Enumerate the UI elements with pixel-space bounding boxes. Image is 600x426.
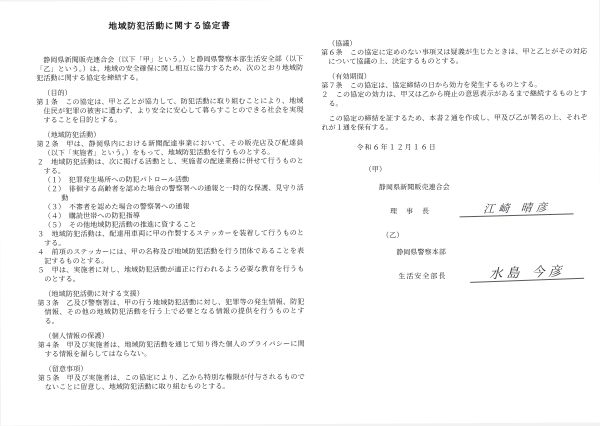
preamble: 静岡県新聞販売連合会（以下「甲」という。）と静岡県警察本部生活安全部（以下「乙」… <box>36 55 303 83</box>
right-column: （協議） 第６条 この協定に定めのない事項又は疑義が生じたときは、甲と乙とがその… <box>321 38 588 281</box>
article-2-paragraph-4: ４ 前項のステッカーには、甲の名称及び地域防犯活動を行う団体であることを表記する… <box>37 247 304 266</box>
article-2-paragraph-5: ５ 甲は、実施者に対し、地域防犯活動が適正に行われるよう必要な教育を行うものとす… <box>37 265 304 284</box>
party-a-signature-row: 理 事 長 江崎 晴彦 <box>322 203 588 216</box>
party-a-signature-handwriting: 江崎 晴彦 <box>460 202 575 217</box>
article-2-paragraph-2: ２ 地域防犯活動は、次に掲げる活動とし、実施者の配達業務に併せて行うものとする。 <box>37 157 304 176</box>
party-a-role: 理 事 長 <box>322 207 430 217</box>
left-column: 地域防犯活動に関する協定書 静岡県新聞販売連合会（以下「甲」という。）と静岡県警… <box>36 22 305 392</box>
closing-statement: この協定の締結を証するため、本書２通を作成し、甲及び乙が署名の上、それぞれが１通… <box>321 113 587 132</box>
agreement-date: 令和６年１２月１６日 <box>322 142 588 152</box>
party-b-label: （乙） <box>322 230 588 240</box>
article-3: 第３条 乙及び警察署は、甲の行う地域防犯活動に対し、犯罪等の発生情報、防犯情報、… <box>37 298 304 326</box>
article-2-paragraph-3: ３ 地域防犯活動は、配達用車両に甲の作製するステッカーを装着して行うものとする。 <box>37 229 304 248</box>
article-5: 第５条 甲及び実施者は、この協定により、乙から特別な権限が付与されるものでないこ… <box>38 373 305 392</box>
party-b-organization: 静岡県警察本部 <box>322 247 588 257</box>
article-4: 第４条 甲及び実施者は、地域防犯活動を通じて知り得た個人のプライバシーに関する情… <box>38 340 305 359</box>
party-b-signature-row: 生活安全部長 水島 今彦 <box>322 268 588 281</box>
party-b-signature-handwriting: 水島 今彦 <box>470 267 584 283</box>
article-1: 第１条 この協定は、甲と乙とが協力して、防犯活動に取り組むことにより、地域住民が… <box>36 97 303 125</box>
party-a-label: （甲） <box>322 164 588 174</box>
article-7-paragraph-2: ２ この協定の効力は、甲又は乙から廃止の意思表示があるまで継続するものとする。 <box>321 89 587 108</box>
article-2: 第２条 甲は、静岡県内における新聞配達事業において、その販売店及び配達員（以下「… <box>37 139 304 158</box>
party-a-organization: 静岡県新聞販売連合会 <box>322 182 588 192</box>
document-title: 地域防犯活動に関する協定書 <box>36 22 303 32</box>
party-b-role: 生活安全部長 <box>322 272 446 282</box>
article-6: 第６条 この協定に定めのない事項又は疑義が生じたときは、甲と乙とがその対応につい… <box>321 47 587 66</box>
article-2-item-2: （２） 徘徊する高齢者を認めた場合の警察署への通報と一時的な保護、見守り活動 <box>37 184 304 203</box>
scanned-agreement-page: 地域防犯活動に関する協定書 静岡県新聞販売連合会（以下「甲」という。）と静岡県警… <box>0 0 600 426</box>
